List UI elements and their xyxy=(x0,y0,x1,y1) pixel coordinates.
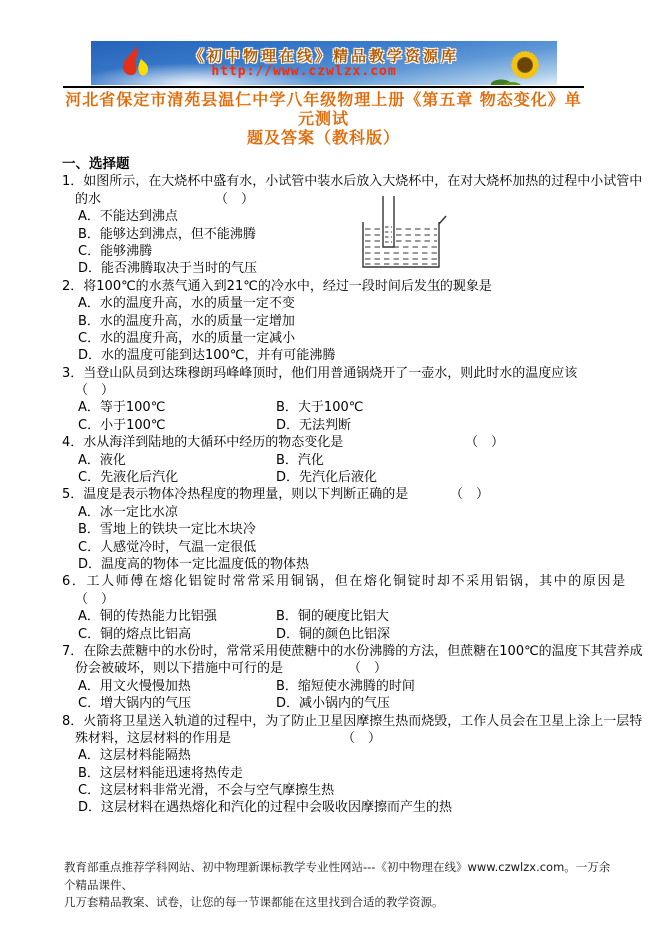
footer-line2: 几万套精品教案、试卷，让您的每一节课都能在这里找到合适的教学资源。 xyxy=(64,894,616,912)
option-a: A．等于100℃ xyxy=(78,399,276,416)
option-a: A．这层材料能隔热 xyxy=(62,747,622,764)
answer-bracket: （ ） xyxy=(342,730,381,747)
option-d: D．无法判断 xyxy=(276,417,622,434)
question-stem-line: 8．火箭将卫星送入轨道的过程中，为了防止卫星因摩擦生热而烧毁，工作人员会在卫星上… xyxy=(62,713,622,730)
answer-bracket: （ ） xyxy=(75,383,114,398)
answer-bracket: （ ） xyxy=(348,660,387,677)
options-grid: A．用文火慢慢加热 B．缩短使水沸腾的时间 C．增大锅内的气压 D．减小锅内的气… xyxy=(62,678,622,713)
option-d: D．水的温度可能到达100℃，并有可能沸腾 xyxy=(62,347,622,364)
question-4: 4．水从海洋到陆地的大循环中经历的物态变化是（ ） A．液化 B．汽化 C．先液… xyxy=(62,434,622,486)
option-b: B．铜的硬度比铝大 xyxy=(276,608,622,625)
option-c: C．小于100℃ xyxy=(78,417,276,434)
banner-site-title: 《初中物理在线》精品教学资源库 xyxy=(131,45,517,66)
question-7: 7．在除去蔗糖中的水份时，常常采用使蔗糖中的水份沸腾的方法，但蔗糖在100℃的温… xyxy=(62,643,622,713)
sunflower-icon xyxy=(491,41,553,85)
option-d: D．能否沸腾取决于当时的气压 xyxy=(62,260,622,277)
question-stem-line: 6．工人师傅在熔化铝锭时常常采用铜锅，但在熔化铜锭时却不采用铝锅，其中的原因是 xyxy=(62,573,622,590)
question-1: 1．如图所示，在大烧杯中盛有水，小试管中装水后放入大烧杯中，在对大烧杯加热的过程… xyxy=(62,173,622,277)
option-d: D．温度高的物体一定比温度低的物体热 xyxy=(62,556,622,573)
doc-title-line1: 河北省保定市清苑县温仁中学八年级物理上册《第五章 物态变化》单元测试 xyxy=(63,90,584,128)
options-grid: A．铜的传热能力比铝强 B．铜的硬度比铝大 C．铜的熔点比铝高 D．铜的颜色比铝… xyxy=(62,608,622,643)
option-b: B．能够达到沸点，但不能沸腾 xyxy=(62,226,622,243)
question-6: 6．工人师傅在熔化铝锭时常常采用铜锅，但在熔化铜锭时却不采用铝锅，其中的原因是 … xyxy=(62,573,622,643)
option-c: C．水的温度升高，水的质量一定减小 xyxy=(62,330,622,347)
question-stem-line: 4．水从海洋到陆地的大循环中经历的物态变化是（ ） xyxy=(62,434,622,451)
option-b: B．这层材料能迅速将热传走 xyxy=(62,765,622,782)
question-stem-line: 殊材料，这层材料的作用是（ ） xyxy=(62,730,622,747)
question-stem-line: 份会被破坏，则以下措施中可行的是（ ） xyxy=(62,660,622,677)
doc-title: 河北省保定市清苑县温仁中学八年级物理上册《第五章 物态变化》单元测试 题及答案（… xyxy=(63,90,584,147)
question-stem-line: 7．在除去蔗糖中的水份时，常常采用使蔗糖中的水份沸腾的方法，但蔗糖在100℃的温… xyxy=(62,643,622,660)
question-8: 8．火箭将卫星送入轨道的过程中，为了防止卫星因摩擦生热而烧毁，工作人员会在卫星上… xyxy=(62,713,622,817)
option-b: B．雪地上的铁块一定比木块冷 xyxy=(62,521,622,538)
question-body: 一、选择题 1．如图所示，在大烧杯中盛有水，小试管中装水后放入大烧杯中，在对大烧… xyxy=(62,156,622,817)
question-stem-line: （ ） xyxy=(62,382,622,399)
doc-title-line2: 题及答案（教科版） xyxy=(63,128,584,147)
option-a: A．水的温度升高，水的质量一定不变 xyxy=(62,295,622,312)
option-d: D．铜的颜色比铝深 xyxy=(276,626,622,643)
option-a: A．用文火慢慢加热 xyxy=(78,678,276,695)
option-d: D．减小锅内的气压 xyxy=(276,695,622,712)
footer-note: 教育部重点推荐学科网站、初中物理新课标教学专业性网站---《初中物理在线》www… xyxy=(64,859,616,912)
banner-site-url: http://www.czwlzx.com xyxy=(91,64,517,79)
option-a: A．液化 xyxy=(78,452,276,469)
option-d: D．这层材料在遇热熔化和汽化的过程中会吸收因摩擦而产生的热 xyxy=(62,799,622,816)
option-c: C．能够沸腾 xyxy=(62,243,622,260)
answer-bracket: （ ） xyxy=(428,278,467,295)
question-2: 2．将100℃的水蒸气通入到21℃的冷水中，经过一段时间后发生的现象是（ ） A… xyxy=(62,278,622,365)
option-b: B．汽化 xyxy=(276,452,622,469)
option-b: B．缩短使水沸腾的时间 xyxy=(276,678,622,695)
option-d: D．先汽化后液化 xyxy=(276,469,622,486)
option-b: B．水的温度升高，水的质量一定增加 xyxy=(62,313,622,330)
question-stem-line: 1．如图所示，在大烧杯中盛有水，小试管中装水后放入大烧杯中，在对大烧杯加热的过程… xyxy=(62,173,622,190)
option-c: C．人感觉冷时，气温一定很低 xyxy=(62,539,622,556)
option-a: A．冰一定比水凉 xyxy=(62,504,622,521)
document-page: 《初中物理在线》精品教学资源库 http://www.czwlzx.com xyxy=(0,0,661,936)
option-a: A．不能达到沸点 xyxy=(62,208,622,225)
options-grid: A．液化 B．汽化 C．先液化后汽化 D．先汽化后液化 xyxy=(62,452,622,487)
question-stem-line: 3．当登山队员到达珠穆朗玛峰峰顶时，他们用普通锅烧开了一壶水，则此时水的温度应该 xyxy=(62,365,622,382)
question-stem-line: 5．温度是表示物体冷热程度的物理量，则以下判断正确的是（ ） xyxy=(62,486,622,503)
question-stem-line: 的水（ ） xyxy=(62,191,622,208)
option-b: B．大于100℃ xyxy=(276,399,622,416)
answer-bracket: （ ） xyxy=(465,434,504,451)
question-stem-line: 2．将100℃的水蒸气通入到21℃的冷水中，经过一段时间后发生的现象是（ ） xyxy=(62,278,622,295)
answer-bracket: （ ） xyxy=(450,486,489,503)
option-c: C．铜的熔点比铝高 xyxy=(78,626,276,643)
option-c: C．这层材料非常光滑，不会与空气摩擦生热 xyxy=(62,782,622,799)
option-a: A．铜的传热能力比铝强 xyxy=(78,608,276,625)
option-c: C．增大锅内的气压 xyxy=(78,695,276,712)
question-3: 3．当登山队员到达珠穆朗玛峰峰顶时，他们用普通锅烧开了一壶水，则此时水的温度应该… xyxy=(62,365,622,435)
header-rule xyxy=(63,86,584,88)
banner-image: 《初中物理在线》精品教学资源库 http://www.czwlzx.com xyxy=(91,41,557,85)
answer-bracket: （ ） xyxy=(215,191,254,208)
question-stem-line: （ ） xyxy=(62,591,622,608)
option-c: C．先液化后汽化 xyxy=(78,469,276,486)
section-heading: 一、选择题 xyxy=(62,156,622,173)
options-grid: A．等于100℃ B．大于100℃ C．小于100℃ D．无法判断 xyxy=(62,399,622,434)
footer-line1: 教育部重点推荐学科网站、初中物理新课标教学专业性网站---《初中物理在线》www… xyxy=(64,859,616,894)
question-5: 5．温度是表示物体冷热程度的物理量，则以下判断正确的是（ ） A．冰一定比水凉 … xyxy=(62,486,622,573)
answer-bracket: （ ） xyxy=(75,592,114,607)
